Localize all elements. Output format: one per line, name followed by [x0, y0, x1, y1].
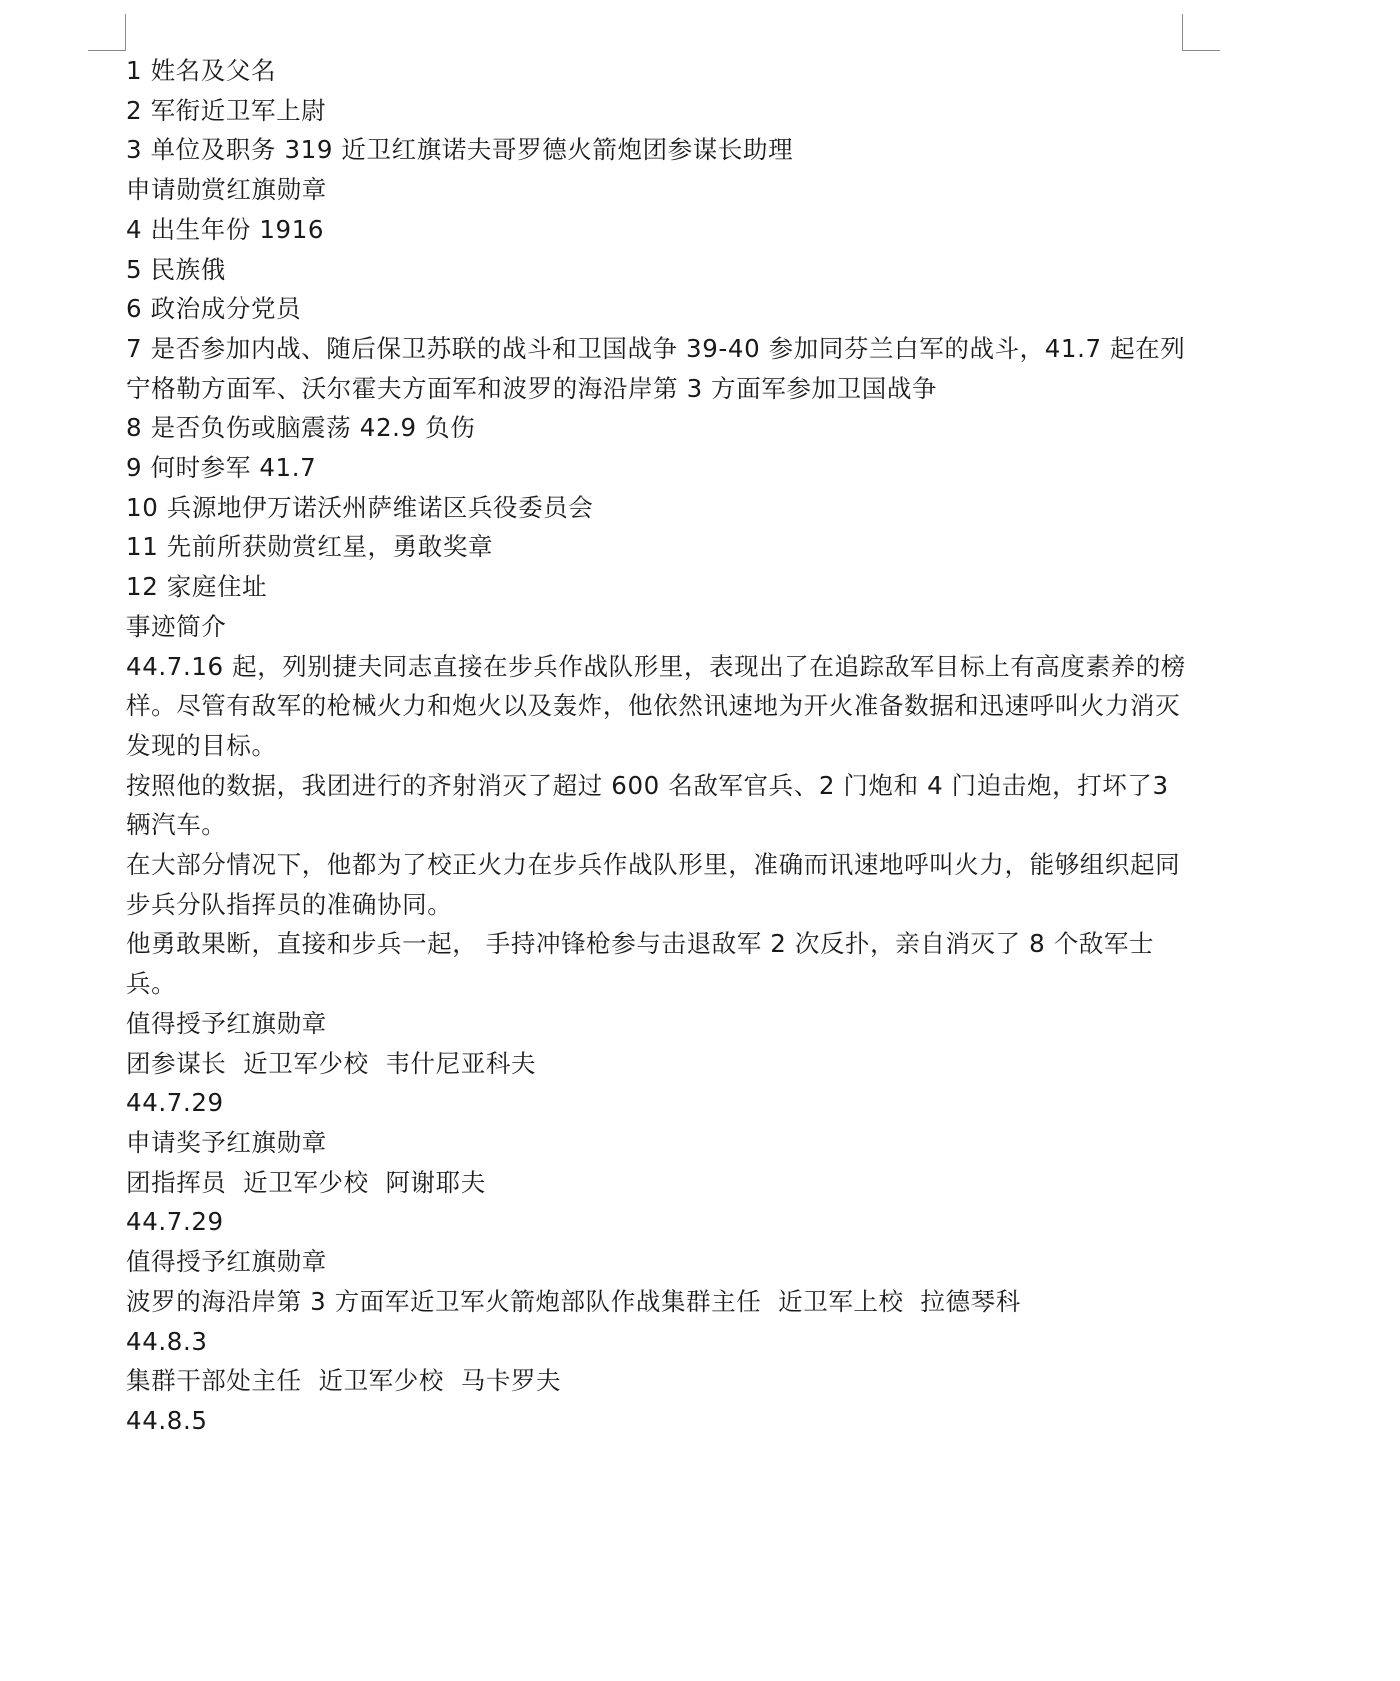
- endorsement-line: 值得授予红旗勋章: [126, 1242, 1186, 1282]
- field-line: 1 姓名及父名: [126, 51, 1186, 91]
- page-corner-mark-top-left: [88, 14, 126, 51]
- field-line: 12 家庭住址: [126, 567, 1186, 607]
- field-line: 11 先前所获勋赏红星，勇敢奖章: [126, 527, 1186, 567]
- field-line: 6 政治成分党员: [126, 289, 1186, 329]
- page-corner-mark-top-right: [1182, 14, 1220, 51]
- endorsement-line: 团指挥员 近卫军少校 阿谢耶夫: [126, 1163, 1186, 1203]
- field-line: 5 民族俄: [126, 250, 1186, 290]
- endorsement-date: 44.7.29: [126, 1083, 1186, 1123]
- field-line: 3 单位及职务 319 近卫红旗诺夫哥罗德火箭炮团参谋长助理: [126, 130, 1186, 170]
- field-line: 7 是否参加内战、随后保卫苏联的战斗和卫国战争 39-40 参加同芬兰白军的战斗…: [126, 329, 1186, 408]
- endorsement-date: 44.8.5: [126, 1401, 1186, 1441]
- field-line: 9 何时参军 41.7: [126, 448, 1186, 488]
- summary-paragraph: 44.7.16 起，列别捷夫同志直接在步兵作战队形里，表现出了在追踪敌军目标上有…: [126, 647, 1186, 766]
- field-line: 4 出生年份 1916: [126, 210, 1186, 250]
- field-line: 8 是否负伤或脑震荡 42.9 负伤: [126, 408, 1186, 448]
- summary-paragraph: 在大部分情况下，他都为了校正火力在步兵作战队形里，准确而讯速地呼叫火力，能够组织…: [126, 845, 1186, 924]
- endorsement-line: 团参谋长 近卫军少校 韦什尼亚科夫: [126, 1044, 1186, 1084]
- endorsement-date: 44.7.29: [126, 1202, 1186, 1242]
- endorsement-date: 44.8.3: [126, 1322, 1186, 1362]
- summary-heading: 事迹简介: [126, 607, 1186, 647]
- field-line: 2 军衔近卫军上尉: [126, 91, 1186, 131]
- field-line: 10 兵源地伊万诺沃州萨维诺区兵役委员会: [126, 488, 1186, 528]
- endorsement-line: 波罗的海沿岸第 3 方面军近卫军火箭炮部队作战集群主任 近卫军上校 拉德琴科: [126, 1282, 1186, 1322]
- endorsement-line: 申请奖予红旗勋章: [126, 1123, 1186, 1163]
- summary-paragraph: 他勇敢果断，直接和步兵一起， 手持冲锋枪参与击退敌军 2 次反扑，亲自消灭了 8…: [126, 924, 1186, 1003]
- field-line: 申请勋赏红旗勋章: [126, 170, 1186, 210]
- document-body: 1 姓名及父名 2 军衔近卫军上尉 3 单位及职务 319 近卫红旗诺夫哥罗德火…: [126, 51, 1186, 1441]
- endorsement-line: 值得授予红旗勋章: [126, 1004, 1186, 1044]
- endorsement-line: 集群干部处主任 近卫军少校 马卡罗夫: [126, 1361, 1186, 1401]
- summary-paragraph: 按照他的数据，我团进行的齐射消灭了超过 600 名敌军官兵、2 门炮和 4 门迫…: [126, 766, 1186, 845]
